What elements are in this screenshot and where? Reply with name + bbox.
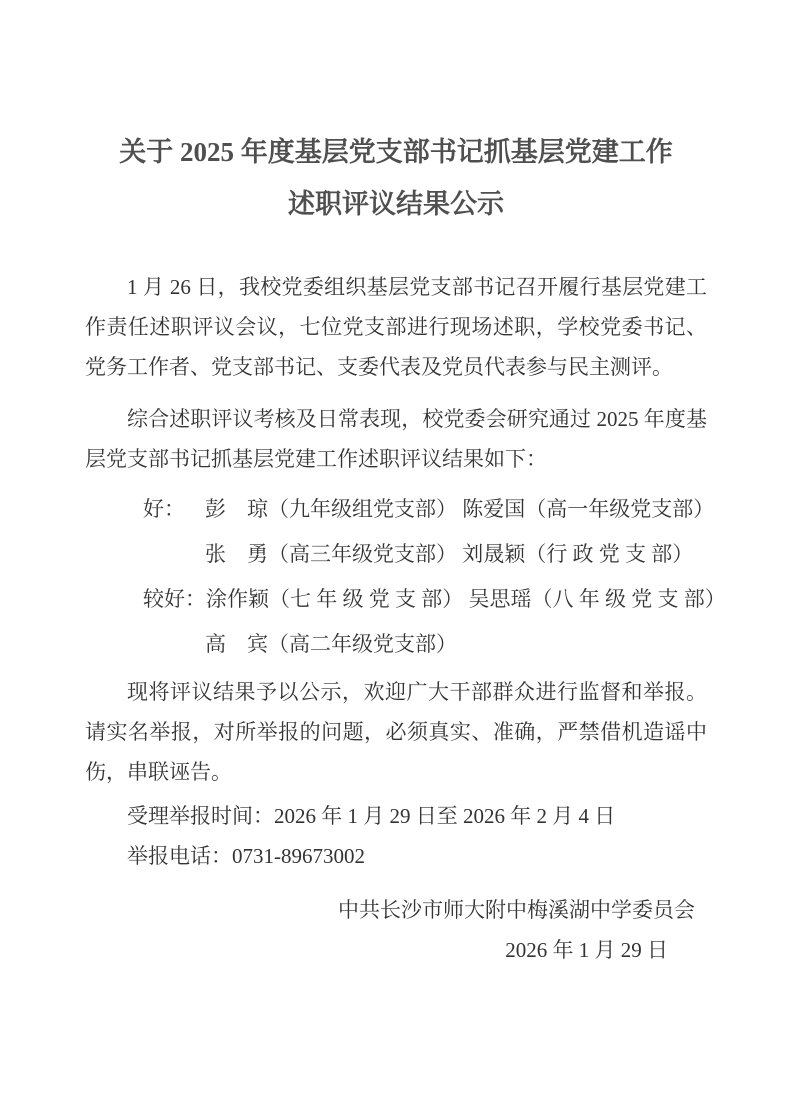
document-title: 关于 2025 年度基层党支部书记抓基层党建工作 述职评议结果公示 [85, 126, 707, 230]
paragraph-supervision-notice: 现将评议结果予以公示，欢迎广大干部群众进行监督和举报。请实名举报，对所举报的问题… [85, 672, 707, 792]
rating-row-good-2: 张 勇（高三年级党支部） 刘晟颖（行 政 党 支 部） [85, 534, 707, 574]
rating-label-empty [143, 624, 205, 664]
rating-label-empty [143, 534, 205, 574]
rating-row-fair-2: 高 宾（高二年级党支部） [85, 624, 707, 664]
document-body: 1 月 26 日，我校党委组织基层党支部书记召开履行基层党建工作责任述职评议会议… [85, 267, 707, 970]
signature-organization: 中共长沙市师大附中梅溪湖中学委员会 [85, 890, 707, 930]
rating-names: 涂作颖（七 年 级 党 支 部） 吴思瑶（八 年 级 党 支 部） [206, 579, 726, 619]
report-phone-line: 举报电话：0731-89673002 [85, 836, 707, 876]
rating-names: 高 宾（高二年级党支部） [205, 624, 457, 664]
document-title-line2: 述职评议结果公示 [85, 178, 707, 230]
signature-date: 2026 年 1 月 29 日 [85, 930, 707, 970]
rating-results-list: 好： 彭 琼（九年级组党支部） 陈爱国（高一年级党支部） 张 勇（高三年级党支部… [85, 489, 707, 664]
rating-label-good: 好： [143, 489, 205, 529]
rating-names: 彭 琼（九年级组党支部） 陈爱国（高一年级党支部） [205, 489, 714, 529]
document-title-line1: 关于 2025 年度基层党支部书记抓基层党建工作 [85, 126, 707, 178]
paragraph-meeting-summary: 1 月 26 日，我校党委组织基层党支部书记召开履行基层党建工作责任述职评议会议… [85, 267, 707, 387]
document-page: 关于 2025 年度基层党支部书记抓基层党建工作 述职评议结果公示 1 月 26… [0, 0, 794, 1108]
rating-row-fair-1: 较好： 涂作颖（七 年 级 党 支 部） 吴思瑶（八 年 级 党 支 部） [85, 579, 707, 619]
rating-row-good-1: 好： 彭 琼（九年级组党支部） 陈爱国（高一年级党支部） [85, 489, 707, 529]
report-time-line: 受理举报时间：2026 年 1 月 29 日至 2026 年 2 月 4 日 [85, 796, 707, 836]
rating-names: 张 勇（高三年级党支部） 刘晟颖（行 政 党 支 部） [205, 534, 693, 574]
rating-label-fair: 较好： [143, 579, 206, 619]
paragraph-evaluation-intro: 综合述职评议考核及日常表现，校党委会研究通过 2025 年度基层党支部书记抓基层… [85, 399, 707, 479]
signature-block: 中共长沙市师大附中梅溪湖中学委员会 2026 年 1 月 29 日 [85, 890, 707, 970]
